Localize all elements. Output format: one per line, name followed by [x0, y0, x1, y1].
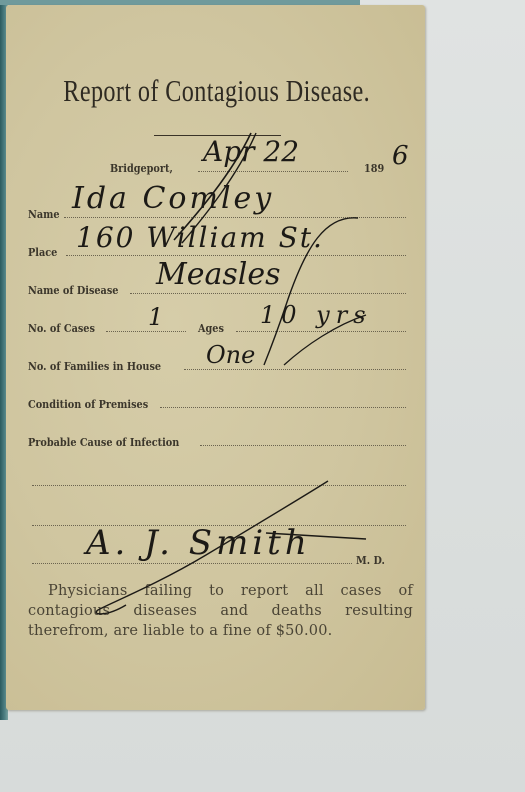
cases-label: No. of Cases [28, 322, 95, 335]
cause-row: Probable Cause of Infection [28, 431, 408, 449]
cases-row: No. of Cases 1 Ages 10 yrs [28, 317, 408, 335]
premises-row: Condition of Premises [28, 393, 408, 411]
name-dots [64, 217, 406, 218]
blank-line-1 [28, 471, 408, 489]
document-title: Report of Contagious Disease. [53, 73, 380, 109]
premises-label: Condition of Premises [28, 398, 148, 411]
ages-value: 10 yrs [260, 301, 372, 329]
families-value: One [206, 341, 255, 369]
signature-value: A. J. Smith [86, 523, 311, 563]
disease-dots [130, 293, 406, 294]
date-label: Bridgeport, [110, 162, 173, 175]
name-row: Name Ida Comley [28, 203, 408, 221]
disease-row: Name of Disease Measles [28, 279, 408, 297]
families-dots [184, 369, 406, 370]
year-value: 6 [392, 141, 409, 171]
penalty-notice-text: Physicians failing to report all cases o… [28, 581, 413, 641]
cases-dots [106, 331, 186, 332]
families-row: No. of Families in House One [28, 355, 408, 373]
date-dots [198, 171, 348, 172]
ages-dots [236, 331, 406, 332]
signature-suffix: M. D. [356, 554, 385, 567]
name-label: Name [28, 208, 60, 221]
date-row: Bridgeport, 189 Apr 22 6 [28, 157, 408, 175]
signature-row: M. D. A. J. Smith [28, 549, 408, 567]
cause-dots [200, 445, 406, 446]
ages-label: Ages [198, 322, 224, 335]
date-value: Apr 22 [203, 135, 299, 168]
families-label: No. of Families in House [28, 360, 161, 373]
disease-value: Measles [156, 257, 281, 292]
signature-dots [32, 563, 352, 564]
penalty-notice: Physicians failing to report all cases o… [28, 581, 413, 641]
report-card: Report of Contagious Disease. Bridgeport… [6, 5, 425, 710]
cases-value: 1 [148, 303, 163, 331]
place-label: Place [28, 246, 57, 259]
place-value: 160 William St. [76, 221, 324, 254]
cause-label: Probable Cause of Infection [28, 436, 179, 449]
disease-label: Name of Disease [28, 284, 118, 297]
year-prefix: 189 [364, 162, 384, 175]
place-dots [66, 255, 406, 256]
premises-dots [160, 407, 406, 408]
blank-dots-1 [32, 485, 406, 486]
name-value: Ida Comley [72, 181, 274, 216]
